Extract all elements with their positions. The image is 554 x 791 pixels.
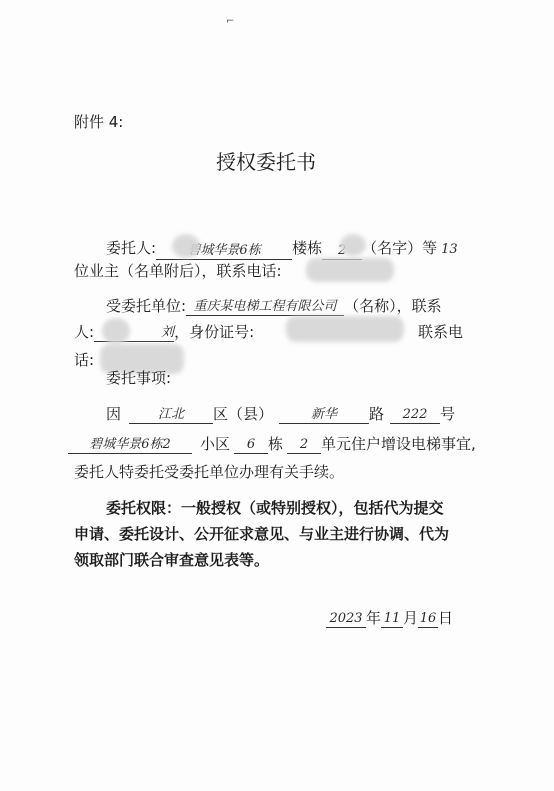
authority-line-1: 委托权限：一般授权（或特别授权），包括代为提交 xyxy=(106,498,444,518)
contact-prefix: 人: xyxy=(74,323,94,341)
scan-mark: ⌐ xyxy=(226,16,234,27)
owner-count: 13 xyxy=(441,242,458,257)
principal-line-2: 位业主（名单附后），联系电话: xyxy=(74,261,282,281)
principal-label: 委托人: xyxy=(106,239,156,257)
principal-line-1: 委托人:碧城华景6栋楼栋2（名字）等13 xyxy=(106,238,458,260)
signature-date: 2023年11月16日 xyxy=(326,608,453,628)
matter-line-1: 因江北区（县）新华路222号 xyxy=(106,404,455,424)
document-title: 授权委托书 xyxy=(216,146,316,175)
road-field: 新华 xyxy=(279,405,369,424)
district-field: 江北 xyxy=(129,405,213,424)
agent-line-1: 受委托单位:重庆某电梯工程有限公司（名称），联系 xyxy=(106,296,442,316)
attachment-label: 附件 4: xyxy=(74,112,123,132)
month-field: 11 xyxy=(381,609,403,628)
authority-line-2: 申请、委托设计、公开征求意见、与业主进行协调、代为 xyxy=(74,524,449,544)
name-suffix: （名字）等 xyxy=(362,239,437,257)
redaction-phone xyxy=(306,258,394,282)
building-no-field: 6 xyxy=(234,435,268,454)
phone-label-2: 话: xyxy=(74,350,94,370)
agent-line-2: 人:刘，身份证号: xyxy=(74,322,254,342)
agent-name-suffix: （名称），联系 xyxy=(344,297,442,315)
building-label: 楼栋 xyxy=(292,239,322,257)
id-label: ，身份证号: xyxy=(174,323,254,341)
redaction-id xyxy=(286,316,404,342)
community-field: 碧城华景6栋2 xyxy=(68,435,192,454)
year-field: 2023 xyxy=(326,609,366,628)
redaction xyxy=(340,234,366,256)
redaction xyxy=(102,318,130,344)
day-field: 16 xyxy=(418,609,438,628)
matter-line-3: 委托人特委托受委托单位办理有关手续。 xyxy=(74,462,344,482)
number-field: 222 xyxy=(390,405,440,424)
unit-no-field: 2 xyxy=(287,435,321,454)
authority-line-3: 领取部门联合审查意见表等。 xyxy=(74,550,269,570)
redaction xyxy=(172,234,200,258)
agent-label: 受委托单位: xyxy=(106,297,186,315)
agent-name-field: 重庆某电梯工程有限公司 xyxy=(186,297,344,316)
matter-line-2: 碧城华景6栋2小区6栋2单元住户增设电梯事宜, xyxy=(68,434,476,454)
phone-label: 联系电 xyxy=(418,322,463,342)
matter-label: 委托事项: xyxy=(106,368,171,388)
